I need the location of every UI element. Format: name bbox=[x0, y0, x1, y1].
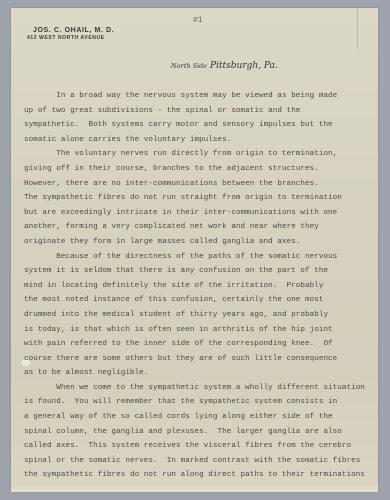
text-line: In a broad way the nervous system may be… bbox=[24, 89, 369, 104]
letterhead-address: 412 WEST NORTH AVENUE bbox=[27, 35, 114, 41]
text-line: is today, is that which is often seen in… bbox=[24, 323, 369, 338]
text-line: with pain referred to the inner side of … bbox=[24, 337, 369, 352]
text-line: drummed into the medical student of thir… bbox=[24, 308, 369, 323]
text-line: giving off in their course, branches to … bbox=[24, 162, 369, 177]
text-line: However, there are no inter-communicatio… bbox=[24, 177, 369, 192]
location-line: North Side Pittsburgh, Pa. bbox=[171, 61, 278, 71]
letterhead: JOS. C. OHAIL, M. D. 412 WEST NORTH AVEN… bbox=[27, 27, 114, 41]
letter-body: In a broad way the nervous system may be… bbox=[24, 89, 369, 483]
text-line: another, forming a very complicated net … bbox=[24, 220, 369, 235]
text-line: When we come to the sympathetic system a… bbox=[24, 381, 369, 396]
text-line: originate they form in large masses call… bbox=[24, 235, 369, 250]
text-line: The sympathetic fibres do not run straig… bbox=[24, 191, 369, 206]
paragraph: The voluntary nerves run directly from o… bbox=[24, 147, 369, 249]
text-line: as to be almost negligible. bbox=[24, 366, 369, 381]
text-line: the sympathetic fibres do not run along … bbox=[24, 468, 369, 483]
text-line: spinal or the somatic nerves. In marked … bbox=[24, 454, 369, 469]
text-line: The voluntary nerves run directly from o… bbox=[24, 147, 369, 162]
paragraph: When we come to the sympathetic system a… bbox=[24, 381, 369, 483]
paper-crease bbox=[357, 8, 358, 50]
text-line: mind in locating definitely the site of … bbox=[24, 279, 369, 294]
text-line: Because of the directness of the paths o… bbox=[24, 250, 369, 265]
location-city: Pittsburgh, Pa. bbox=[210, 61, 278, 71]
text-line: but are exceedingly intricate in their i… bbox=[24, 206, 369, 221]
text-line: spinal column, the ganglia and plexuses.… bbox=[24, 425, 369, 440]
text-line: called axes. This system receives the vi… bbox=[24, 439, 369, 454]
text-line: is found. You will remember that the sym… bbox=[24, 395, 369, 410]
text-line: system it is seldom that there is any co… bbox=[24, 264, 369, 279]
location-prefix: North Side bbox=[171, 62, 207, 70]
paragraph: Because of the directness of the paths o… bbox=[24, 250, 369, 381]
paragraph: In a broad way the nervous system may be… bbox=[24, 89, 369, 147]
text-line: somatic alone carries the voluntary impu… bbox=[24, 133, 369, 148]
text-line: sympathetic. Both systems carry motor an… bbox=[24, 118, 369, 133]
text-line: up of two great subdivisions - the spina… bbox=[24, 104, 369, 119]
text-line: course there are some others but they ar… bbox=[24, 352, 369, 367]
text-line: a general way of the so called cords lyi… bbox=[24, 410, 369, 425]
text-line: the most noted instance of this confusio… bbox=[24, 293, 369, 308]
letter-page: #1 JOS. C. OHAIL, M. D. 412 WEST NORTH A… bbox=[11, 8, 378, 492]
page-number: #1 bbox=[193, 16, 203, 25]
letterhead-name: JOS. C. OHAIL, M. D. bbox=[33, 27, 114, 34]
